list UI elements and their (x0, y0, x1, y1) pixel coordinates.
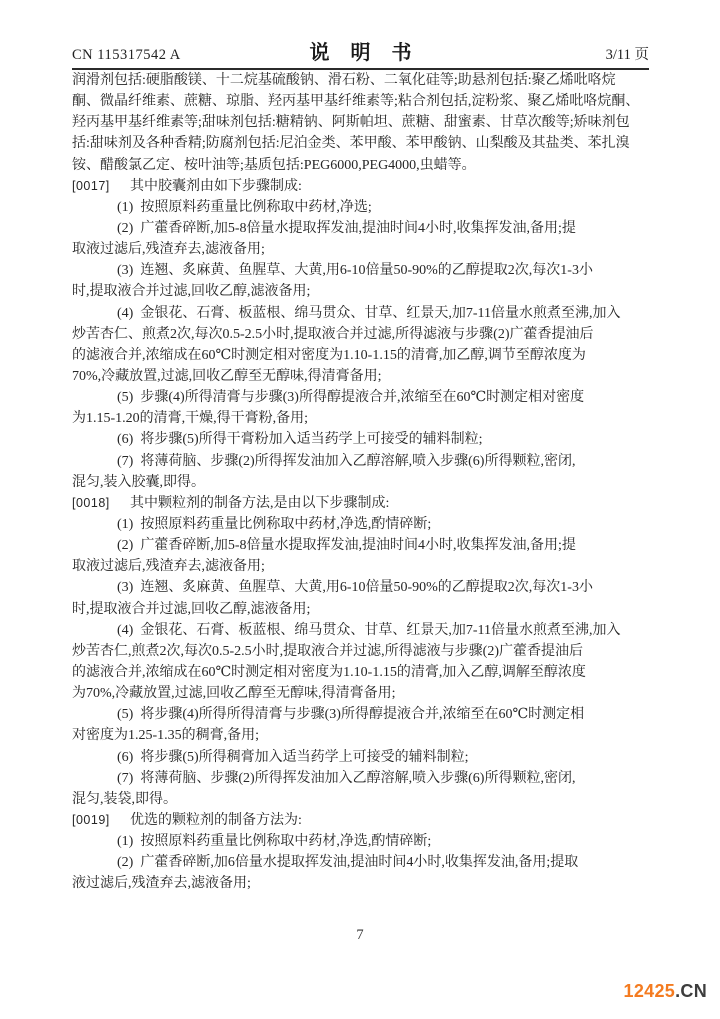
document-title: 说 明 书 (310, 36, 412, 65)
text-line: (2) 广藿香碎断,加5-8倍量水提取挥发油,提油时间4小时,收集挥发油,备用;… (72, 218, 650, 239)
text-line: (3) 连翘、炙麻黄、鱼腥草、大黄,用6-10倍量50-90%的乙醇提取2次,每… (72, 260, 650, 281)
paragraph-text: 其中颗粒剂的制备方法,是由以下步骤制成: (130, 496, 389, 511)
patent-number: CN 115317542 A (72, 47, 181, 64)
paragraph-text: 其中胶囊剂由如下步骤制成: (130, 179, 302, 194)
watermark-prefix: 12425 (624, 981, 676, 1001)
text-line: 时,提取液合并过滤,回收乙醇,滤液备用; (72, 599, 650, 620)
text-line: [0017]其中胶囊剂由如下步骤制成: (72, 176, 650, 197)
text-line: 液过滤后,残渣弃去,滤液备用; (72, 873, 650, 894)
text-line: (1) 按照原料药重量比例称取中药材,净选; (72, 197, 650, 218)
text-line: 对密度为1.25-1.35的稠膏,备用; (72, 725, 650, 746)
page-number: 7 (0, 927, 720, 944)
text-line: 炒苦杏仁,煎煮2次,每次0.5-2.5小时,提取液合并过滤,所得滤液与步骤(2)… (72, 641, 650, 662)
text-line: (6) 将步骤(5)所得稠膏加入适当药学上可接受的辅料制粒; (72, 747, 650, 768)
text-line: 润滑剂包括:硬脂酸镁、十二烷基硫酸钠、滑石粉、二氧化硅等;助悬剂包括:聚乙烯吡咯… (72, 70, 650, 91)
text-line: (4) 金银花、石膏、板蓝根、绵马贯众、甘草、红景天,加7-11倍量水煎煮至沸,… (72, 620, 650, 641)
text-line: 混匀,装入胶囊,即得。 (72, 472, 650, 493)
text-line: (1) 按照原料药重量比例称取中药材,净选,酌情碎断; (72, 514, 650, 535)
text-line: 取液过滤后,残渣弃去,滤液备用; (72, 556, 650, 577)
text-line: 的滤液合并,浓缩成在60℃时测定相对密度为1.10-1.15的清膏,加入乙醇,调… (72, 662, 650, 683)
text-line: (6) 将步骤(5)所得干膏粉加入适当药学上可接受的辅料制粒; (72, 429, 650, 450)
text-line: 炒苦杏仁、煎煮2次,每次0.5-2.5小时,提取液合并过滤,所得滤液与步骤(2)… (72, 324, 650, 345)
body-text: 润滑剂包括:硬脂酸镁、十二烷基硫酸钠、滑石粉、二氧化硅等;助悬剂包括:聚乙烯吡咯… (72, 70, 650, 894)
text-line: 70%,冷藏放置,过滤,回收乙醇至无醇味,得清膏备用; (72, 366, 650, 387)
text-line: (7) 将薄荷脑、步骤(2)所得挥发油加入乙醇溶解,喷入步骤(6)所得颗粒,密闭… (72, 768, 650, 789)
text-line: 铵、醋酸氯乙定、桉叶油等;基质包括:PEG6000,PEG4000,虫蜡等。 (72, 155, 650, 176)
patent-page: CN 115317542 A 说 明 书 3/11 页 润滑剂包括:硬脂酸镁、十… (0, 0, 720, 1019)
page-header: CN 115317542 A 说 明 书 3/11 页 (72, 38, 649, 70)
text-line: 括:甜味剂及各种香精;防腐剂包括:尼泊金类、苯甲酸、苯甲酸钠、山梨酸及其盐类、苯… (72, 133, 650, 154)
text-line: [0018]其中颗粒剂的制备方法,是由以下步骤制成: (72, 493, 650, 514)
text-line: 为1.15-1.20的清膏,干燥,得干膏粉,备用; (72, 408, 650, 429)
paragraph-text: 优选的颗粒剂的制备方法为: (130, 813, 302, 828)
watermark: 12425.CN (624, 981, 707, 1002)
text-line: 的滤液合并,浓缩成在60℃时测定相对密度为1.10-1.15的清膏,加乙醇,调节… (72, 345, 650, 366)
text-line: (3) 连翘、炙麻黄、鱼腥草、大黄,用6-10倍量50-90%的乙醇提取2次,每… (72, 577, 650, 598)
text-line: 混匀,装袋,即得。 (72, 789, 650, 810)
text-line: (2) 广藿香碎断,加5-8倍量水提取挥发油,提油时间4小时,收集挥发油,备用;… (72, 535, 650, 556)
text-line: 取液过滤后,残渣弃去,滤液备用; (72, 239, 650, 260)
text-line: 为70%,冷藏放置,过滤,回收乙醇至无醇味,得清膏备用; (72, 683, 650, 704)
text-line: (4) 金银花、石膏、板蓝根、绵马贯众、甘草、红景天,加7-11倍量水煎煮至沸,… (72, 303, 650, 324)
text-line: [0019]优选的颗粒剂的制备方法为: (72, 810, 650, 831)
page-indicator: 3/11 页 (606, 43, 649, 64)
text-line: 羟丙基甲基纤维素等;甜味剂包括:糖精钠、阿斯帕坦、蔗糖、甜蜜素、甘草次酸等;矫味… (72, 112, 650, 133)
text-line: (5) 步骤(4)所得清膏与步骤(3)所得醇提液合并,浓缩至在60℃时测定相对密… (72, 387, 650, 408)
paragraph-label: [0019] (72, 810, 130, 832)
text-line: (5) 将步骤(4)所得所得清膏与步骤(3)所得醇提液合并,浓缩至在60℃时测定… (72, 704, 650, 725)
text-line: 酮、微晶纤维素、蔗糖、琼脂、羟丙基甲基纤维素等;粘合剂包括,淀粉浆、聚乙烯吡咯烷… (72, 91, 650, 112)
paragraph-label: [0017] (72, 176, 130, 198)
text-line: (2) 广藿香碎断,加6倍量水提取挥发油,提油时间4小时,收集挥发油,备用;提取 (72, 852, 650, 873)
text-line: 时,提取液合并过滤,回收乙醇,滤液备用; (72, 281, 650, 302)
text-line: (7) 将薄荷脑、步骤(2)所得挥发油加入乙醇溶解,喷入步骤(6)所得颗粒,密闭… (72, 451, 650, 472)
text-line: (1) 按照原料药重量比例称取中药材,净选,酌情碎断; (72, 831, 650, 852)
paragraph-label: [0018] (72, 493, 130, 515)
watermark-suffix: .CN (675, 981, 707, 1001)
